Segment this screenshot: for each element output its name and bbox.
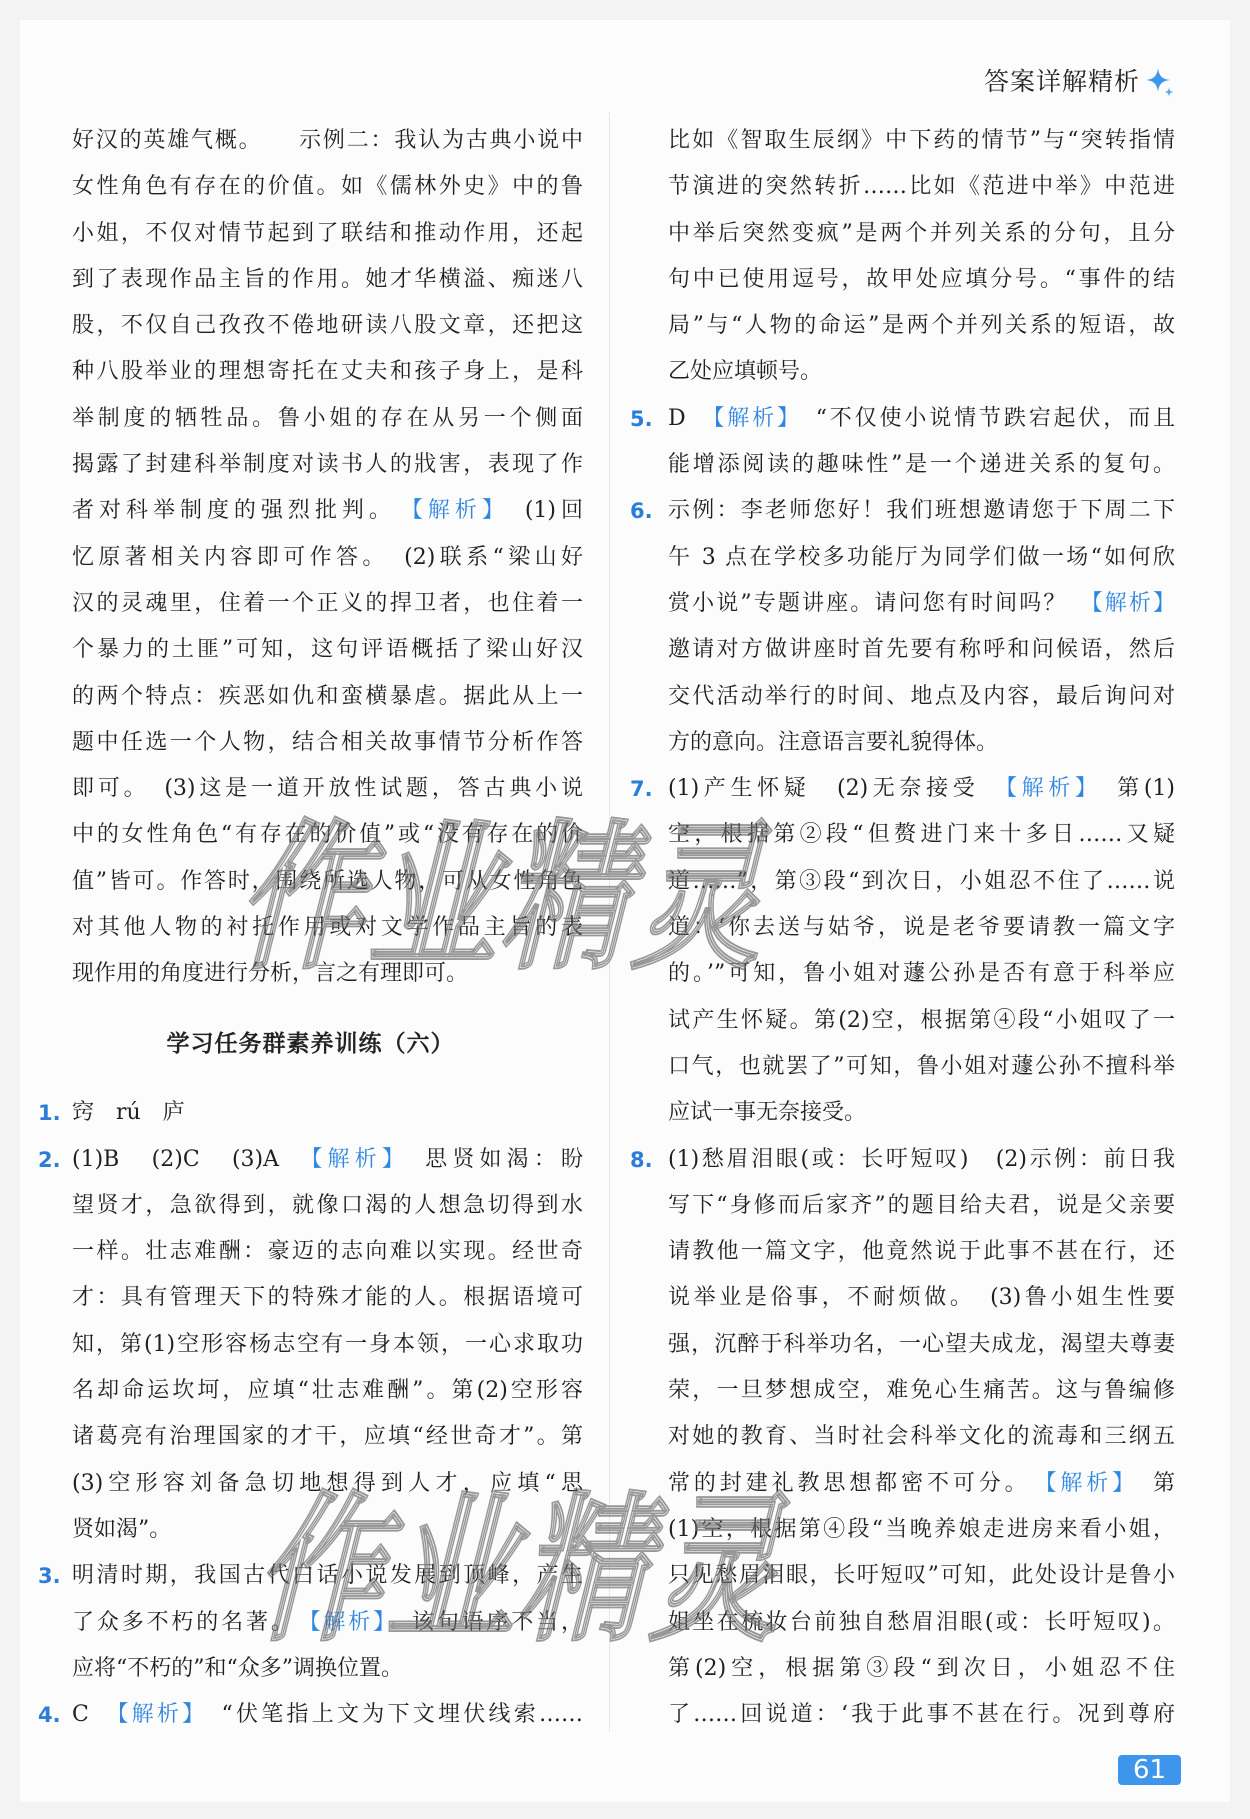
analysis-text: (1)回 — [498, 498, 583, 523]
page-number: 61 — [1118, 1755, 1181, 1785]
analysis-text: 第 — [1127, 1471, 1175, 1496]
text-line: 了……回说道：‘我于此事不甚在行。况到尊府 — [668, 1692, 1175, 1738]
text-line: (1)空，根据第④段“当晚养娘走进房来看小姐， — [668, 1507, 1175, 1553]
text-line: 对其他人物的衬托作用或对文学作品主旨的表 — [72, 905, 583, 951]
text-line: 午 3 点在学校多功能厅为同学们做一场“如何欣 — [668, 535, 1175, 581]
text-line: 好汉的英雄气概。 示例二：我认为古典小说中 — [72, 118, 583, 164]
column-divider — [609, 112, 610, 1732]
text-line: 到了表现作品主旨的作用。她才华横溢、痴迷八 — [72, 257, 583, 303]
answer-item-7: 7. (1)产生怀疑 (2)无奈接受 【解析】 第(1) 空，根据第②段“但赘进… — [668, 766, 1175, 1136]
answer-text: 了众多不朽的名著。 — [72, 1610, 310, 1635]
text-line: 者对科举制度的强烈批判。 【解析】 (1)回 — [72, 488, 583, 534]
answer-text: 者对科举制度的强烈批判。 — [72, 498, 412, 523]
text-line: 口气，也就罢了”可知，鲁小姐对蘧公孙不擅科举 — [668, 1044, 1175, 1090]
text-line: 试产生怀疑。第(2)空，根据第④段“小姐叹了一 — [668, 998, 1175, 1044]
text-line: (3)空形容刘备急切地想得到人才，应填“思 — [72, 1461, 583, 1507]
text-line: 第(2)空，根据第③段“到次日，小姐忍不住 — [668, 1646, 1175, 1692]
text-line: 才：具有管理天下的特殊才能的人。根据语境可 — [72, 1275, 583, 1321]
text-line: 句中已使用逗号，故甲处应填分号。“事件的结 — [668, 257, 1175, 303]
analysis-tag: 【解析】 — [412, 498, 498, 523]
text-line: 的两个特点：疾恶如仇和蛮横暴虐。据此从上一 — [72, 674, 583, 720]
text-line: C 【解析】 “伏笔指上文为下文埋伏线索…… — [72, 1692, 583, 1738]
analysis-text: “不仅使小说情节跌宕起伏，而且 — [791, 406, 1175, 431]
item-number: 7. — [630, 766, 653, 812]
section-title: 学习任务群素养训练（六） — [38, 998, 583, 1091]
continuation-paragraph: 比如《智取生辰纲》中下药的情节”与“突转指情 节演进的突然转折……比如《范进中举… — [668, 118, 1175, 396]
analysis-tag: 【解析】 — [311, 1147, 398, 1172]
text-line: 中的女性角色“有存在的价值”或“没有存在的价 — [72, 812, 583, 858]
text-line: 写下“身修而后家齐”的题目给夫君，说是父亲要 — [668, 1183, 1175, 1229]
item-number: 6. — [630, 488, 653, 534]
text-line: 揭露了封建科举制度对读书人的戕害，表现了作 — [72, 442, 583, 488]
text-line: 荣，一旦梦想成空，难免心生痛苦。这与鲁编修 — [668, 1368, 1175, 1414]
text-line: 种八股举业的理想寄托在丈夫和孩子身上，是科 — [72, 349, 583, 395]
analysis-tag: 【解析】 — [310, 1610, 387, 1635]
analysis-text: 该句语序不当， — [387, 1610, 583, 1635]
text-line: 强，沉醉于科举功名，一心望夫成龙，渴望夫尊妻 — [668, 1322, 1175, 1368]
text-line: 道：‘你去送与姑爷，说是老爷要请教一篇文字 — [668, 905, 1175, 951]
text-line: 常的封建礼教思想都密不可分。 【解析】 第 — [668, 1461, 1175, 1507]
text-line: 说举业是俗事，不耐烦做。 (3)鲁小姐生性要 — [668, 1275, 1175, 1321]
text-line: 应试一事无奈接受。 — [668, 1090, 1175, 1136]
text-line: 示例：李老师您好！我们班想邀请您于下周二下 — [668, 488, 1175, 534]
answer-item-5: 5. D 【解析】 “不仅使小说情节跌宕起伏，而且 能增添阅读的趣味性”是一个递… — [668, 396, 1175, 489]
text-line: 交代活动举行的时间、地点及内容，最后询问对 — [668, 674, 1175, 720]
answer-text: 赏小说”专题讲座。请问您有时间吗？ — [668, 591, 1092, 616]
item-number: 5. — [630, 396, 653, 442]
text-line: 中举后突然变疯”是两个并列关系的分句，且分 — [668, 211, 1175, 257]
text-line: 女性角色有存在的价值。如《儒林外史》中的鲁 — [72, 164, 583, 210]
text-line: 能增添阅读的趣味性”是一个递进关系的复句。 — [668, 442, 1175, 488]
text-line: 方的意向。注意语言要礼貌得体。 — [668, 720, 1175, 766]
text-line: 请教他一篇文字，他竟然说于此事不甚在行，还 — [668, 1229, 1175, 1275]
text-line: 即可。 (3)这是一道开放性试题，答古典小说 — [72, 766, 583, 812]
answer-text: D — [668, 406, 713, 431]
text-line: 窍 rú 庐 — [72, 1090, 583, 1136]
answer-item-4: 4. C 【解析】 “伏笔指上文为下文埋伏线索…… — [72, 1692, 583, 1738]
analysis-tag: 【解析】 — [1045, 1471, 1127, 1496]
item-number: 3. — [38, 1553, 61, 1599]
text-line: (1)愁眉泪眼(或：长吁短叹) (2)示例：前日我 — [668, 1137, 1175, 1183]
answer-text: 常的封建礼教思想都密不可分。 — [668, 1471, 1045, 1496]
item-number: 4. — [38, 1692, 61, 1738]
analysis-tag: 【解析】 — [713, 406, 790, 431]
analysis-text: 思贤如渴：盼 — [398, 1147, 583, 1172]
text-line: 知，第(1)空形容杨志空有一身本领，一心求取功 — [72, 1322, 583, 1368]
text-line: 空，根据第②段“但赘进门来十多日……又疑 — [668, 812, 1175, 858]
answer-text: (1)产生怀疑 (2)无奈接受 — [668, 776, 1006, 801]
analysis-tag: 【解析】 — [117, 1702, 196, 1727]
text-line: 只见愁眉泪眼，长吁短叹”可知，此处设计是鲁小 — [668, 1553, 1175, 1599]
analysis-tag: 【解析】 — [1006, 776, 1091, 801]
text-line: 姐坐在梳妆台前独自愁眉泪眼(或：长吁短叹)。 — [668, 1600, 1175, 1646]
text-line: 道……”，第③段“到次日，小姐忍不住了……说 — [668, 859, 1175, 905]
analysis-text: 第(1) — [1091, 776, 1175, 801]
text-line: 明清时期，我国古代白话小说发展到顶峰，产生 — [72, 1553, 583, 1599]
continuation-paragraph: 好汉的英雄气概。 示例二：我认为古典小说中 女性角色有存在的价值。如《儒林外史》… — [72, 118, 583, 998]
answer-text: (1)B (2)C (3)A — [72, 1147, 311, 1172]
text-line: D 【解析】 “不仅使小说情节跌宕起伏，而且 — [668, 396, 1175, 442]
item-number: 1. — [38, 1090, 61, 1136]
text-line: 应将“不朽的”和“众多”调换位置。 — [72, 1646, 583, 1692]
text-line: (1)产生怀疑 (2)无奈接受 【解析】 第(1) — [668, 766, 1175, 812]
answer-item-2: 2. (1)B (2)C (3)A 【解析】 思贤如渴：盼 望贤才，急欲得到，就… — [72, 1137, 583, 1554]
text-line: 贤如渴”。 — [72, 1507, 583, 1553]
text-line: 局”与“人物的命运”是两个并列关系的短语，故 — [668, 303, 1175, 349]
text-line: 题中任选一个人物，结合相关故事情节分析作答 — [72, 720, 583, 766]
header-title: 答案详解精析 — [984, 66, 1140, 98]
left-column: 好汉的英雄气概。 示例二：我认为古典小说中 女性角色有存在的价值。如《儒林外史》… — [72, 118, 583, 1738]
text-line: 诸葛亮有治理国家的才干，应填“经世奇才”。第 — [72, 1414, 583, 1460]
text-line: 乙处应填顿号。 — [668, 349, 1175, 395]
text-line: 个暴力的土匪”可知，这句评语概括了梁山好汉 — [72, 627, 583, 673]
text-line: 股，不仅自己孜孜不倦地研读八股文章，还把这 — [72, 303, 583, 349]
answer-item-1: 1. 窍 rú 庐 — [72, 1090, 583, 1136]
text-line: 现作用的角度进行分析，言之有理即可。 — [72, 951, 583, 997]
text-line: 节演进的突然转折……比如《范进中举》中范进 — [668, 164, 1175, 210]
text-line: 邀请对方做讲座时首先要有称呼和问候语，然后 — [668, 627, 1175, 673]
text-line: 比如《智取生辰纲》中下药的情节”与“突转指情 — [668, 118, 1175, 164]
text-line: 赏小说”专题讲座。请问您有时间吗？ 【解析】 — [668, 581, 1175, 627]
text-line: (1)B (2)C (3)A 【解析】 思贤如渴：盼 — [72, 1137, 583, 1183]
analysis-tag: 【解析】 — [1092, 591, 1175, 616]
text-line: 名却命运坎坷，应填“壮志难酬”。第(2)空形容 — [72, 1368, 583, 1414]
text-line: 小姐，不仅对情节起到了联结和推动作用，还起 — [72, 211, 583, 257]
text-line: 的。’”可知，鲁小姐对蘧公孙是否有意于科举应 — [668, 951, 1175, 997]
analysis-text: “伏笔指上文为下文埋伏线索…… — [196, 1702, 583, 1727]
answer-item-8: 8. (1)愁眉泪眼(或：长吁短叹) (2)示例：前日我 写下“身修而后家齐”的… — [668, 1137, 1175, 1739]
text-line: 对她的教育、当时社会科举文化的流毒和三纲五 — [668, 1414, 1175, 1460]
item-number: 2. — [38, 1137, 61, 1183]
right-column: 比如《智取生辰纲》中下药的情节”与“突转指情 节演进的突然转折……比如《范进中举… — [668, 118, 1175, 1738]
item-number: 8. — [630, 1137, 653, 1183]
text-line: 了众多不朽的名著。 【解析】 该句语序不当， — [72, 1600, 583, 1646]
text-line: 举制度的牺牲品。鲁小姐的存在从另一个侧面 — [72, 396, 583, 442]
text-line: 值”皆可。作答时，围绕所选人物，可从女性角色 — [72, 859, 583, 905]
text-line: 忆原著相关内容即可作答。 (2)联系“梁山好 — [72, 535, 583, 581]
answer-item-6: 6. 示例：李老师您好！我们班想邀请您于下周二下 午 3 点在学校多功能厅为同学… — [668, 488, 1175, 766]
answer-text: C — [72, 1702, 117, 1727]
answer-item-3: 3. 明清时期，我国古代白话小说发展到顶峰，产生 了众多不朽的名著。 【解析】 … — [72, 1553, 583, 1692]
text-line: 汉的灵魂里，住着一个正义的捍卫者，也住着一 — [72, 581, 583, 627]
text-line: 望贤才，急欲得到，就像口渴的人想急切得到水 — [72, 1183, 583, 1229]
sparkle-icon — [1144, 66, 1178, 100]
text-line: 一样。壮志难酬：豪迈的志向难以实现。经世奇 — [72, 1229, 583, 1275]
